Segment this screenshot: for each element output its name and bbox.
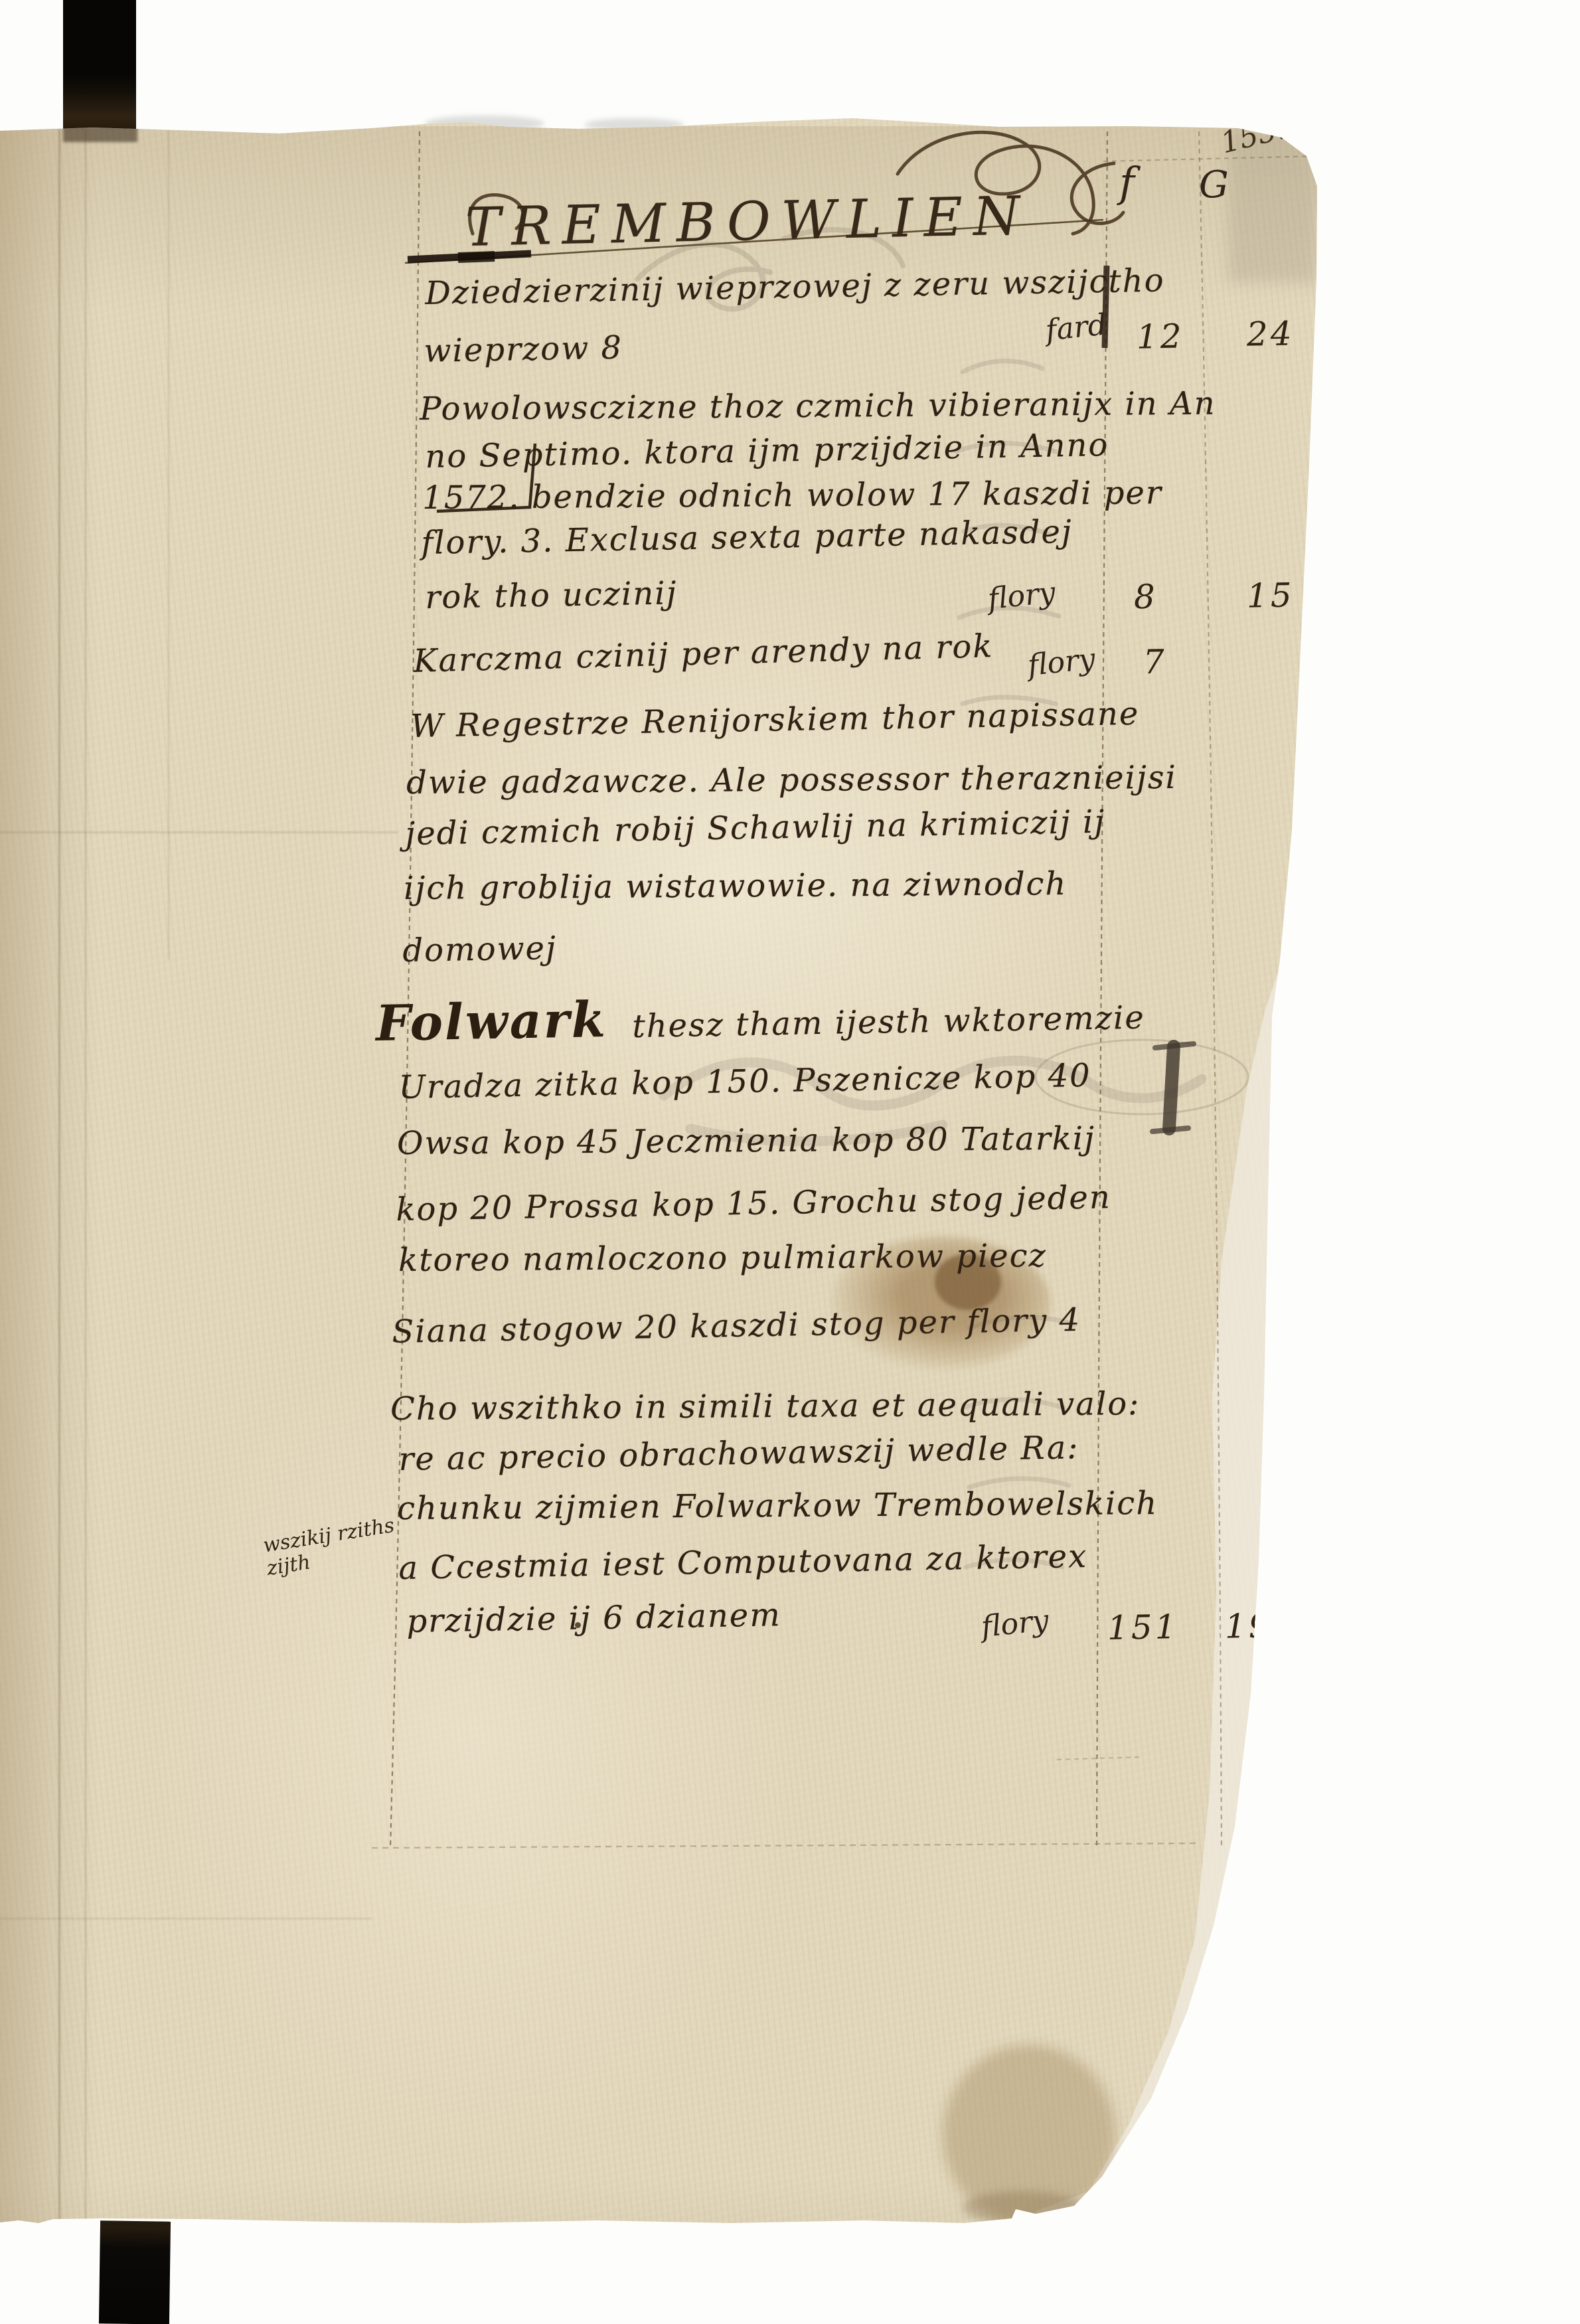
ruling-and-marks <box>0 0 1580 2324</box>
body-line: re ac precio obrachowawszij wedle Ra: <box>398 1432 1079 1475</box>
manuscript-page: TREMBOWLIEN f G 155. Dziedzierzinij wiep… <box>0 0 1580 2324</box>
body-line: Cho wszithko in simili taxa et aequali v… <box>390 1388 1140 1425</box>
wrinkle <box>0 831 398 833</box>
body-line: Powolowsczizne thoz czmich vibieranijx i… <box>420 388 1216 425</box>
fold-crease <box>85 129 86 2221</box>
body-line: ijch groblija wistawowie. na ziwnodch <box>404 868 1067 904</box>
wrinkle <box>0 1918 372 1920</box>
page-title: TREMBOWLIEN <box>465 185 1031 258</box>
body-line: thesz tham ijesth wktoremzie <box>632 1002 1145 1042</box>
florins-column-header: f <box>1119 158 1135 207</box>
body-line: Uradza zitka kop 150. Pszenicze kop 40 <box>398 1060 1091 1104</box>
fold-crease <box>168 129 169 959</box>
groschen-value: 15 <box>1246 576 1295 615</box>
bleedthrough-cross-serifs <box>1152 1044 1194 1131</box>
groschen-value: 24 <box>1246 314 1295 353</box>
bottom-edge-stain <box>963 2191 1082 2224</box>
body-line: przijdzie ij 6 dzianem <box>406 1599 781 1637</box>
fold-crease <box>58 129 60 2221</box>
body-line: chunku zijmien Folwarkow Trembowelskich <box>397 1487 1158 1525</box>
florins-value: 12 <box>1136 317 1184 356</box>
florins-value: 151 <box>1107 1608 1179 1647</box>
strip-smudge <box>63 126 137 142</box>
body-line: wieprzow 8 <box>424 332 623 367</box>
florins-value: 8 <box>1133 578 1158 617</box>
ruled-line-bottom <box>372 1843 1198 1848</box>
ruled-line-header-right <box>1103 156 1318 161</box>
body-line: kop 20 Prossa kop 15. Grochu stog jeden <box>396 1181 1111 1226</box>
entry-tail-word: flory <box>980 1604 1051 1644</box>
body-line: dwie gadzawcze. Ale possessor therazniei… <box>406 762 1177 799</box>
page-number: 155. <box>1218 112 1289 160</box>
entry-tail-word: flory <box>987 576 1058 616</box>
body-line: a Ccestmia iest Computovana za ktorex <box>398 1540 1088 1584</box>
margin-note: wszikij rziths zijth <box>262 1515 400 1580</box>
body-line: flory. 3. Exclusa sexta parte nakasdej <box>421 516 1073 559</box>
body-line: Dziedzierzinij wieprzowej z zeru wszijct… <box>425 265 1165 309</box>
body-line: Karczma czinij per arendy na rok <box>413 630 994 677</box>
ruled-tick <box>1057 1757 1143 1760</box>
header-c-swash <box>1071 163 1123 223</box>
body-line: Siana stogow 20 kaszdi stog per flory 4 <box>392 1304 1081 1348</box>
body-line: domowej <box>402 932 557 967</box>
body-line: ktoreo namloczono pulmiarkow piecz <box>398 1240 1047 1276</box>
folwark-heading: Folwark <box>375 991 607 1052</box>
body-line: jedi czmich robij Schawlij na krimiczij … <box>405 806 1106 850</box>
corner-stain <box>943 2045 1115 2224</box>
binding-strip-bottom <box>99 2220 171 2324</box>
ink-speck <box>1180 2157 1187 2166</box>
groschen-column-header: G <box>1199 163 1229 207</box>
body-line: W Regestrze Renijorskiem thor napissane <box>410 698 1140 742</box>
bleedthrough-cross-stroke <box>1169 1046 1174 1129</box>
entry-tail-word: flory <box>1026 642 1097 683</box>
groschen-value: 19 <box>1224 1606 1273 1645</box>
body-line: no Septimo. ktora ijm przijdzie in Anno <box>425 429 1109 473</box>
ruled-line-left <box>390 131 420 1847</box>
florins-value: 7 <box>1143 643 1167 682</box>
repair-patch-right <box>0 0 1580 2324</box>
body-line: 1572. bendzie odnich wolow 17 kaszdi per <box>422 477 1162 514</box>
binding-strip-top <box>63 0 136 134</box>
scanner-background: TREMBOWLIEN f G 155. Dziedzierzinij wiep… <box>0 0 1580 2324</box>
body-line: Owsa kop 45 Jeczmienia kop 80 Tatarkij <box>397 1123 1095 1159</box>
body-line: rok tho uczinij <box>425 577 678 614</box>
entry-tail-word: fard <box>1044 307 1109 347</box>
